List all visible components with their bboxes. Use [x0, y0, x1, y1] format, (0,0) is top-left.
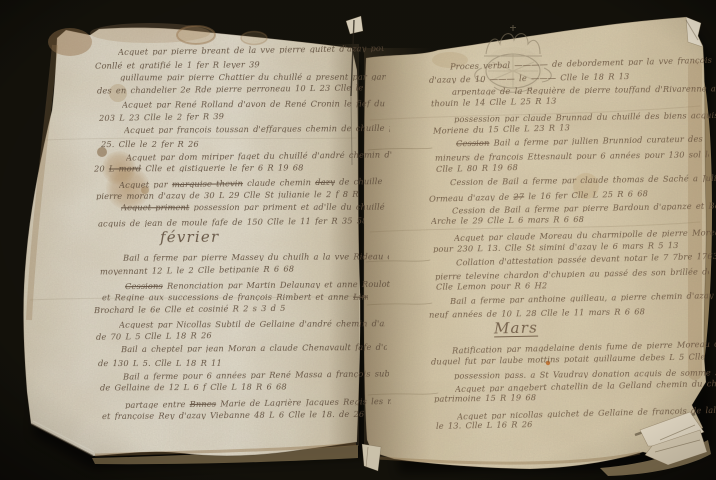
manuscript-photo-artwork	[0, 0, 716, 480]
photo-vignette-overlay	[0, 0, 716, 480]
photograph-of-manuscript-register: Acquet par pierre breant de la vve pierr…	[0, 0, 716, 480]
